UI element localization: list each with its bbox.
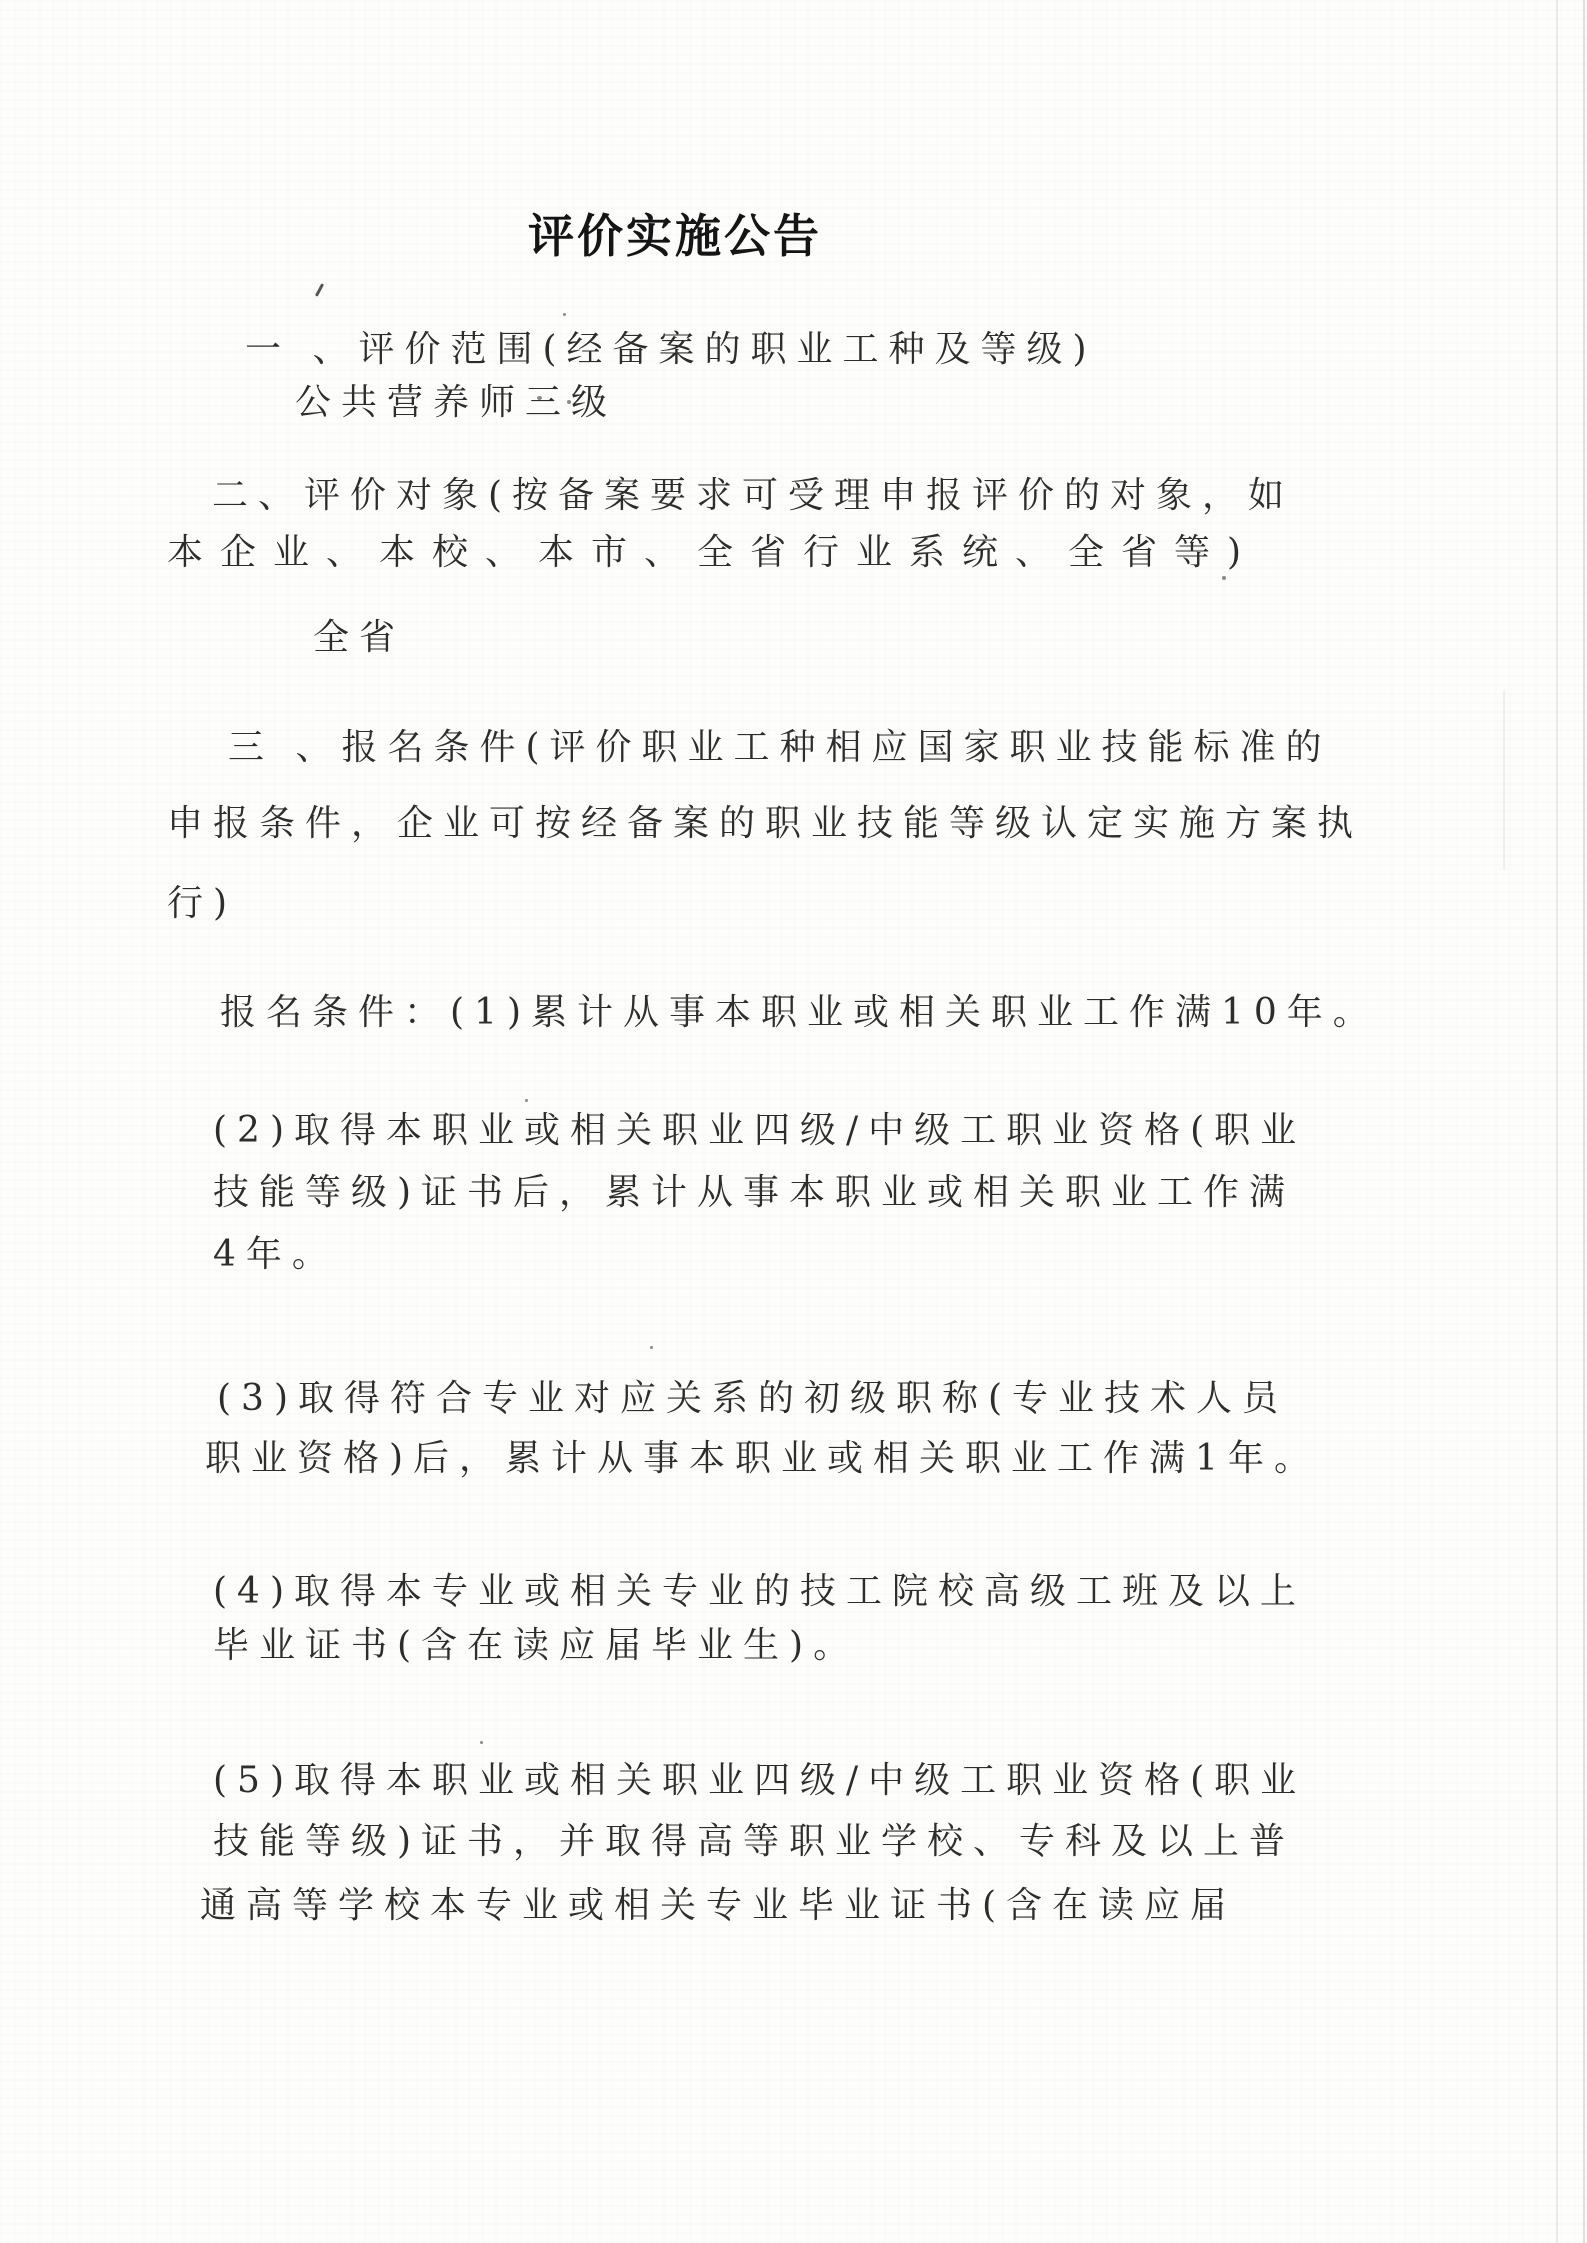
condition-2-line-2: 技能等级)证书后，累计从事本职业或相关职业工作满 <box>213 1175 1295 1211</box>
section-conditions-heading-line-2: 申报条件，企业可按经备案的职业技能等级认定实施方案执 <box>167 806 1363 842</box>
scan-speck <box>525 1099 528 1102</box>
scan-speck <box>567 400 571 404</box>
section-conditions-heading-line-3: 行) <box>167 886 237 922</box>
scan-line-artifact <box>1503 690 1505 870</box>
condition-2-line-1: (2)取得本职业或相关职业四级/中级工职业资格(职业 <box>213 1113 1306 1149</box>
scan-tick-artifact <box>315 283 324 297</box>
section-conditions-heading-line-1: 三 、报名条件(评价职业工种相应国家职业技能标准的 <box>228 730 1332 766</box>
scan-edge-line <box>1583 0 1585 2243</box>
condition-5-line-2: 技能等级)证书，并取得高等职业学校、专科及以上普 <box>213 1824 1295 1860</box>
scan-line-artifact <box>1556 0 1558 2243</box>
scan-speck <box>1222 576 1226 580</box>
condition-1-line-1: 报名条件：(1)累计从事本职业或相关职业工作满10年。 <box>220 995 1379 1031</box>
section-audience-heading-line-1: 二、评价对象(按备案要求可受理申报评价的对象，如 <box>212 478 1294 514</box>
scan-speck <box>650 1346 653 1349</box>
scan-speck <box>537 396 542 400</box>
condition-5-line-3: 通高等学校本专业或相关专业毕业证书(含在读应届 <box>200 1888 1236 1924</box>
condition-4-line-2: 毕业证书(含在读应届毕业生)。 <box>213 1628 859 1664</box>
document-title: 评价实施公告 <box>528 213 822 259</box>
condition-3-line-2: 职业资格)后，累计从事本职业或相关职业工作满1年。 <box>205 1441 1320 1477</box>
section-audience-content: 全省 <box>313 620 405 656</box>
section-audience-heading-line-2: 本企业、本校、本市、全省行业系统、全省等) <box>167 535 1258 571</box>
scan-speck <box>480 1741 483 1744</box>
scanned-document-page: 评价实施公告 一 、评价范围(经备案的职业工种及等级) 公共营养师三级 二、评价… <box>0 0 1587 2243</box>
condition-4-line-1: (4)取得本专业或相关专业的技工院校高级工班及以上 <box>213 1574 1306 1610</box>
section-scope-heading: 一 、评价范围(经备案的职业工种及等级) <box>245 332 1097 368</box>
condition-2-line-3: 4年。 <box>213 1237 338 1273</box>
scan-speck <box>563 313 566 316</box>
condition-3-line-1: (3)取得符合专业对应关系的初级职称(专业技术人员 <box>217 1381 1288 1417</box>
condition-5-line-1: (5)取得本职业或相关职业四级/中级工职业资格(职业 <box>213 1763 1306 1799</box>
